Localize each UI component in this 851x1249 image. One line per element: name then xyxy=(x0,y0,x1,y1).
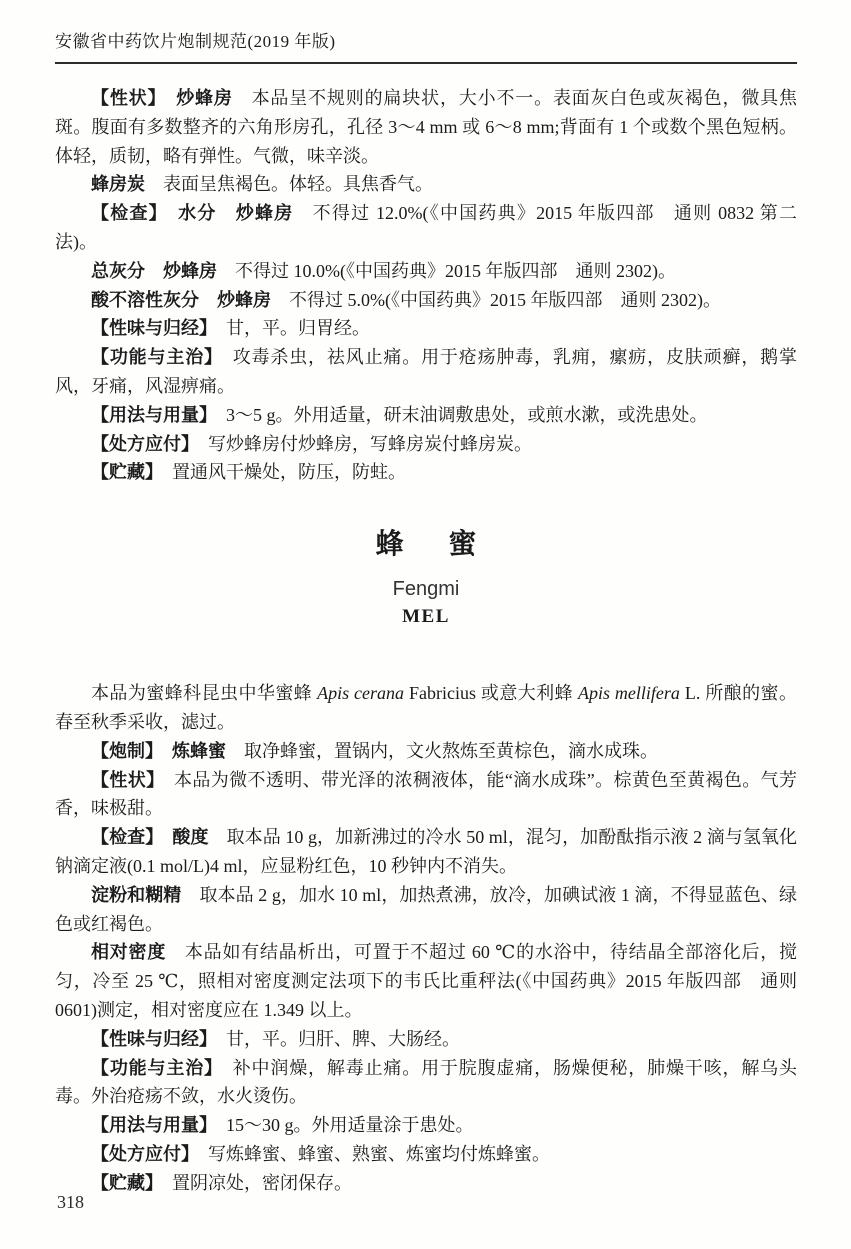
header-divider xyxy=(55,62,797,64)
sub-label: 炒蜂房 xyxy=(163,261,235,281)
section-label: 【功能与主治】 xyxy=(91,1058,233,1078)
section-label: 【贮藏】 xyxy=(91,1173,172,1193)
sub-label: 炒蜂房 xyxy=(176,88,251,108)
body-text: 甘，平。归肝、脾、大肠经。 xyxy=(226,1029,460,1049)
body-text: 甘，平。归胃经。 xyxy=(226,318,370,338)
monograph-title-text: 蜂蜜 xyxy=(376,525,522,565)
body-text: Fabricius 或意大利蜂 xyxy=(404,683,578,703)
para-chufang-yingfu: 【处方应付】 写炒蜂房付炒蜂房，写蜂房炭付蜂房炭。 xyxy=(55,430,797,459)
monograph-title-pinyin: Fengmi xyxy=(55,577,797,601)
species-name-italic: Apis mellifera xyxy=(578,683,680,703)
para-xingzhuang: 【性状】 本品为微不透明、带光泽的浓稠液体，能“滴水成珠”。棕黄色至黄褐色。气芳… xyxy=(55,766,797,824)
section-label: 【性味与归经】 xyxy=(91,318,226,338)
document-page: 安徽省中药饮片炮制规范(2019 年版) 【性状】 炒蜂房 本品呈不规则的扁块状… xyxy=(0,0,851,1249)
para-yongfa-yongliang: 【用法与用量】 3～5 g。外用适量，研末油调敷患处，或煎水漱，或洗患处。 xyxy=(55,401,797,430)
para-source: 本品为蜜蜂科昆虫中华蜜蜂 Apis cerana Fabricius 或意大利蜂… xyxy=(55,679,797,737)
para-zhucang: 【贮藏】 置通风干燥处，防压，防蛀。 xyxy=(55,458,797,487)
body-text: 写炒蜂房付炒蜂房，写蜂房炭付蜂房炭。 xyxy=(208,434,532,454)
page-body: 【性状】 炒蜂房 本品呈不规则的扁块状，大小不一。表面灰白色或灰褐色，微具焦斑。… xyxy=(55,84,797,1198)
monograph-title-chinese: 蜂蜜 xyxy=(55,525,797,565)
section-label: 【用法与用量】 xyxy=(91,405,226,425)
body-text: 3～5 g。外用适量，研末油调敷患处，或煎水漱，或洗患处。 xyxy=(226,405,708,425)
monograph-chao-fengfang: 【性状】 炒蜂房 本品呈不规则的扁块状，大小不一。表面灰白色或灰褐色，微具焦斑。… xyxy=(55,84,797,487)
sub-label: 淀粉和糊精 xyxy=(91,885,199,905)
body-text: 本品为蜜蜂科昆虫中华蜜蜂 xyxy=(91,683,317,703)
section-label: 【性状】 xyxy=(91,88,176,108)
para-chufang-yingfu: 【处方应付】 写炼蜂蜜、蜂蜜、熟蜜、炼蜜均付炼蜂蜜。 xyxy=(55,1140,797,1169)
para-xingzhuang: 【性状】 炒蜂房 本品呈不规则的扁块状，大小不一。表面灰白色或灰褐色，微具焦斑。… xyxy=(55,84,797,170)
para-gongneng-zhuzhi: 【功能与主治】 补中润燥，解毒止痛。用于脘腹虚痛，肠燥便秘，肺燥干咳，解乌头毒。… xyxy=(55,1054,797,1112)
para-dianfen-hujing: 淀粉和糊精 取本品 2 g，加水 10 ml，加热煮沸，放冷，加碘试液 1 滴，… xyxy=(55,881,797,939)
para-paozhi: 【炮制】 炼蜂蜜 取净蜂蜜，置锅内，文火熬炼至黄棕色，滴水成珠。 xyxy=(55,737,797,766)
para-zhucang: 【贮藏】 置阴凉处，密闭保存。 xyxy=(55,1169,797,1198)
sub-label: 炒蜂房 xyxy=(217,290,289,310)
body-text: 15～30 g。外用适量涂于患处。 xyxy=(226,1115,474,1135)
book-title: 安徽省中药饮片炮制规范(2019 年版) xyxy=(55,30,797,54)
running-head: 安徽省中药饮片炮制规范(2019 年版) xyxy=(55,30,797,64)
section-label: 【处方应付】 xyxy=(91,434,208,454)
section-label: 【性味与归经】 xyxy=(91,1029,226,1049)
section-label: 【贮藏】 xyxy=(91,462,172,482)
sub-label: 水分 xyxy=(178,203,236,223)
section-label: 【检查】 xyxy=(91,203,178,223)
sub-label: 蜂房炭 xyxy=(91,174,163,194)
species-name-italic: Apis cerana xyxy=(317,683,404,703)
body-text: 不得过 10.0%(《中国药典》2015 年版四部 通则 2302)。 xyxy=(235,261,676,281)
para-xiangdui-midu: 相对密度 本品如有结晶析出，可置于不超过 60 ℃的水浴中，待结晶全部溶化后，搅… xyxy=(55,938,797,1024)
para-gongneng-zhuzhi: 【功能与主治】 攻毒杀虫，祛风止痛。用于疮疡肿毒，乳痈，瘰疬，皮肤顽癣，鹅掌风，… xyxy=(55,343,797,401)
para-jiancha-shuifen: 【检查】 水分 炒蜂房 不得过 12.0%(《中国药典》2015 年版四部 通则… xyxy=(55,199,797,257)
monograph-title-latin: MEL xyxy=(55,605,797,629)
page-number: 318 xyxy=(57,1192,84,1213)
section-label: 【性状】 xyxy=(91,770,174,790)
section-label: 【检查】 xyxy=(91,827,172,847)
body-text: 写炼蜂蜜、蜂蜜、熟蜜、炼蜜均付炼蜂蜜。 xyxy=(208,1144,550,1164)
section-label: 【炮制】 xyxy=(91,741,172,761)
section-label: 【用法与用量】 xyxy=(91,1115,226,1135)
sub-label: 相对密度 xyxy=(91,942,185,962)
body-text: 不得过 5.0%(《中国药典》2015 年版四部 通则 2302)。 xyxy=(289,290,721,310)
monograph-fengmi: 本品为蜜蜂科昆虫中华蜜蜂 Apis cerana Fabricius 或意大利蜂… xyxy=(55,679,797,1197)
section-label: 【功能与主治】 xyxy=(91,347,233,367)
body-text: 置阴凉处，密闭保存。 xyxy=(172,1173,352,1193)
sub-label: 炒蜂房 xyxy=(236,203,313,223)
sub-label: 总灰分 xyxy=(91,261,163,281)
sub-label: 酸度 xyxy=(172,827,226,847)
body-text: 置通风干燥处，防压，防蛀。 xyxy=(172,462,406,482)
body-text: 取净蜂蜜，置锅内，文火熬炼至黄棕色，滴水成珠。 xyxy=(244,741,658,761)
para-fengfangtan: 蜂房炭 表面呈焦褐色。体轻。具焦香气。 xyxy=(55,170,797,199)
section-label: 【处方应付】 xyxy=(91,1144,208,1164)
sub-label: 酸不溶性灰分 xyxy=(91,290,217,310)
sub-label: 炼蜂蜜 xyxy=(172,741,244,761)
body-text: 表面呈焦褐色。体轻。具焦香气。 xyxy=(163,174,433,194)
para-suanburongxing-huifen: 酸不溶性灰分 炒蜂房 不得过 5.0%(《中国药典》2015 年版四部 通则 2… xyxy=(55,286,797,315)
para-xingwei-guijing: 【性味与归经】 甘，平。归肝、脾、大肠经。 xyxy=(55,1025,797,1054)
para-yongfa-yongliang: 【用法与用量】 15～30 g。外用适量涂于患处。 xyxy=(55,1111,797,1140)
para-zonghuifen: 总灰分 炒蜂房 不得过 10.0%(《中国药典》2015 年版四部 通则 230… xyxy=(55,257,797,286)
para-jiancha-suandu: 【检查】 酸度 取本品 10 g，加新沸过的冷水 50 ml，混匀，加酚酞指示液… xyxy=(55,823,797,881)
para-xingwei-guijing: 【性味与归经】 甘，平。归胃经。 xyxy=(55,314,797,343)
monograph-title-block: 蜂蜜 Fengmi MEL xyxy=(55,525,797,629)
